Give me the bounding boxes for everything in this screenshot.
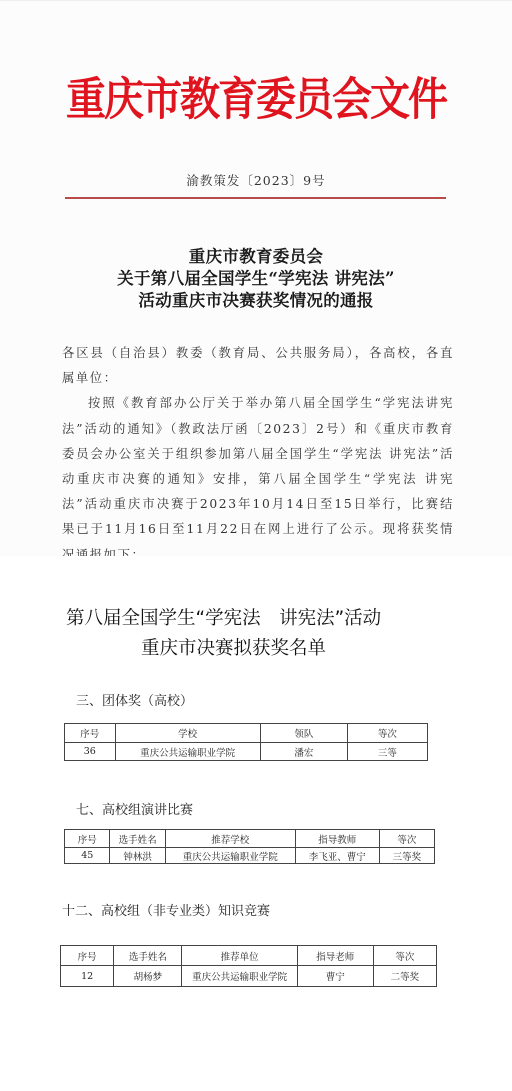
column-header: 选手姓名 xyxy=(110,830,165,848)
table-row: 45 钟林洪 重庆公共运输职业学院 李飞亚、曹宁 三等奖 xyxy=(65,848,435,864)
red-divider xyxy=(65,197,446,199)
column-header: 领队 xyxy=(260,724,347,743)
notice-title: 重庆市教育委员会 关于第八届全国学生“学宪法 讲宪法” 活动重庆市决赛获奖情况的… xyxy=(0,246,512,312)
column-header: 推荐学校 xyxy=(165,830,295,848)
cell-contestant: 钟林洪 xyxy=(110,848,165,864)
cell-index: 12 xyxy=(61,966,114,987)
speech-contest-table: 序号 选手姓名 推荐学校 指导教师 等次 45 钟林洪 重庆公共运输职业学院 李… xyxy=(64,829,435,864)
column-header: 序号 xyxy=(65,830,110,848)
table-header-row: 序号 学校 领队 等次 xyxy=(65,724,428,743)
cell-school: 重庆公共运输职业学院 xyxy=(165,848,295,864)
award-list-title-line-1: 第八届全国学生“学宪法 讲宪法”活动 xyxy=(0,604,512,634)
column-header: 指导老师 xyxy=(297,946,373,966)
column-header: 选手姓名 xyxy=(114,946,182,966)
column-header: 学校 xyxy=(115,724,260,743)
award-list-title: 第八届全国学生“学宪法 讲宪法”活动 重庆市决赛拟获奖名单 xyxy=(0,604,512,664)
cell-index: 36 xyxy=(65,743,116,761)
cell-advisor: 李飞亚、曹宁 xyxy=(295,848,379,864)
section-heading-team-award: 三、团体奖（高校） xyxy=(76,690,193,709)
knowledge-contest-table: 序号 选手姓名 推荐单位 指导老师 等次 12 胡杨梦 重庆公共运输职业学院 曹… xyxy=(60,945,437,987)
cell-rank: 三等奖 xyxy=(379,848,434,864)
column-header: 等次 xyxy=(373,946,436,966)
cell-leader: 潘宏 xyxy=(260,743,347,761)
notice-body: 各区县（自治县）教委（教育局、公共服务局），各高校，各直属单位： 按照《教育部办… xyxy=(62,341,454,568)
notice-page: 重庆市教育委员会文件 渝教策发〔2023〕9号 重庆市教育委员会 关于第八届全国… xyxy=(0,0,512,557)
column-header: 等次 xyxy=(347,724,427,743)
document-number: 渝教策发〔2023〕9号 xyxy=(0,171,512,189)
section-heading-speech-contest: 七、高校组演讲比赛 xyxy=(76,799,193,818)
cell-school: 重庆公共运输职业学院 xyxy=(115,743,260,761)
cell-unit: 重庆公共运输职业学院 xyxy=(182,966,297,987)
table-header-row: 序号 选手姓名 推荐单位 指导老师 等次 xyxy=(61,946,437,966)
column-header: 指导教师 xyxy=(295,830,379,848)
cell-rank: 三等 xyxy=(347,743,427,761)
notice-title-line-1: 重庆市教育委员会 xyxy=(0,246,512,268)
notice-title-line-2: 关于第八届全国学生“学宪法 讲宪法” xyxy=(0,268,512,290)
table-header-row: 序号 选手姓名 推荐学校 指导教师 等次 xyxy=(65,830,435,848)
cell-contestant: 胡杨梦 xyxy=(114,966,182,987)
table-row: 12 胡杨梦 重庆公共运输职业学院 曹宁 二等奖 xyxy=(61,966,437,987)
salutation: 各区县（自治县）教委（教育局、公共服务局），各高校，各直属单位： xyxy=(62,341,454,391)
cell-index: 45 xyxy=(65,848,110,864)
notice-title-line-3: 活动重庆市决赛获奖情况的通报 xyxy=(0,290,512,312)
section-heading-knowledge-contest: 十二、高校组（非专业类）知识竞赛 xyxy=(62,900,270,919)
column-header: 序号 xyxy=(61,946,114,966)
cell-rank: 二等奖 xyxy=(373,966,436,987)
column-header: 序号 xyxy=(65,724,116,743)
column-header: 推荐单位 xyxy=(182,946,297,966)
award-list-title-line-2: 重庆市决赛拟获奖名单 xyxy=(0,634,512,664)
document-header: 重庆市教育委员会文件 xyxy=(0,70,512,130)
table-row: 36 重庆公共运输职业学院 潘宏 三等 xyxy=(65,743,428,761)
column-header: 等次 xyxy=(379,830,434,848)
body-paragraph: 按照《教育部办公厅关于举办第八届全国学生“学宪法讲宪法”活动的通知》（教政法厅函… xyxy=(62,391,454,567)
cell-advisor: 曹宁 xyxy=(297,966,373,987)
team-award-table: 序号 学校 领队 等次 36 重庆公共运输职业学院 潘宏 三等 xyxy=(64,723,428,761)
